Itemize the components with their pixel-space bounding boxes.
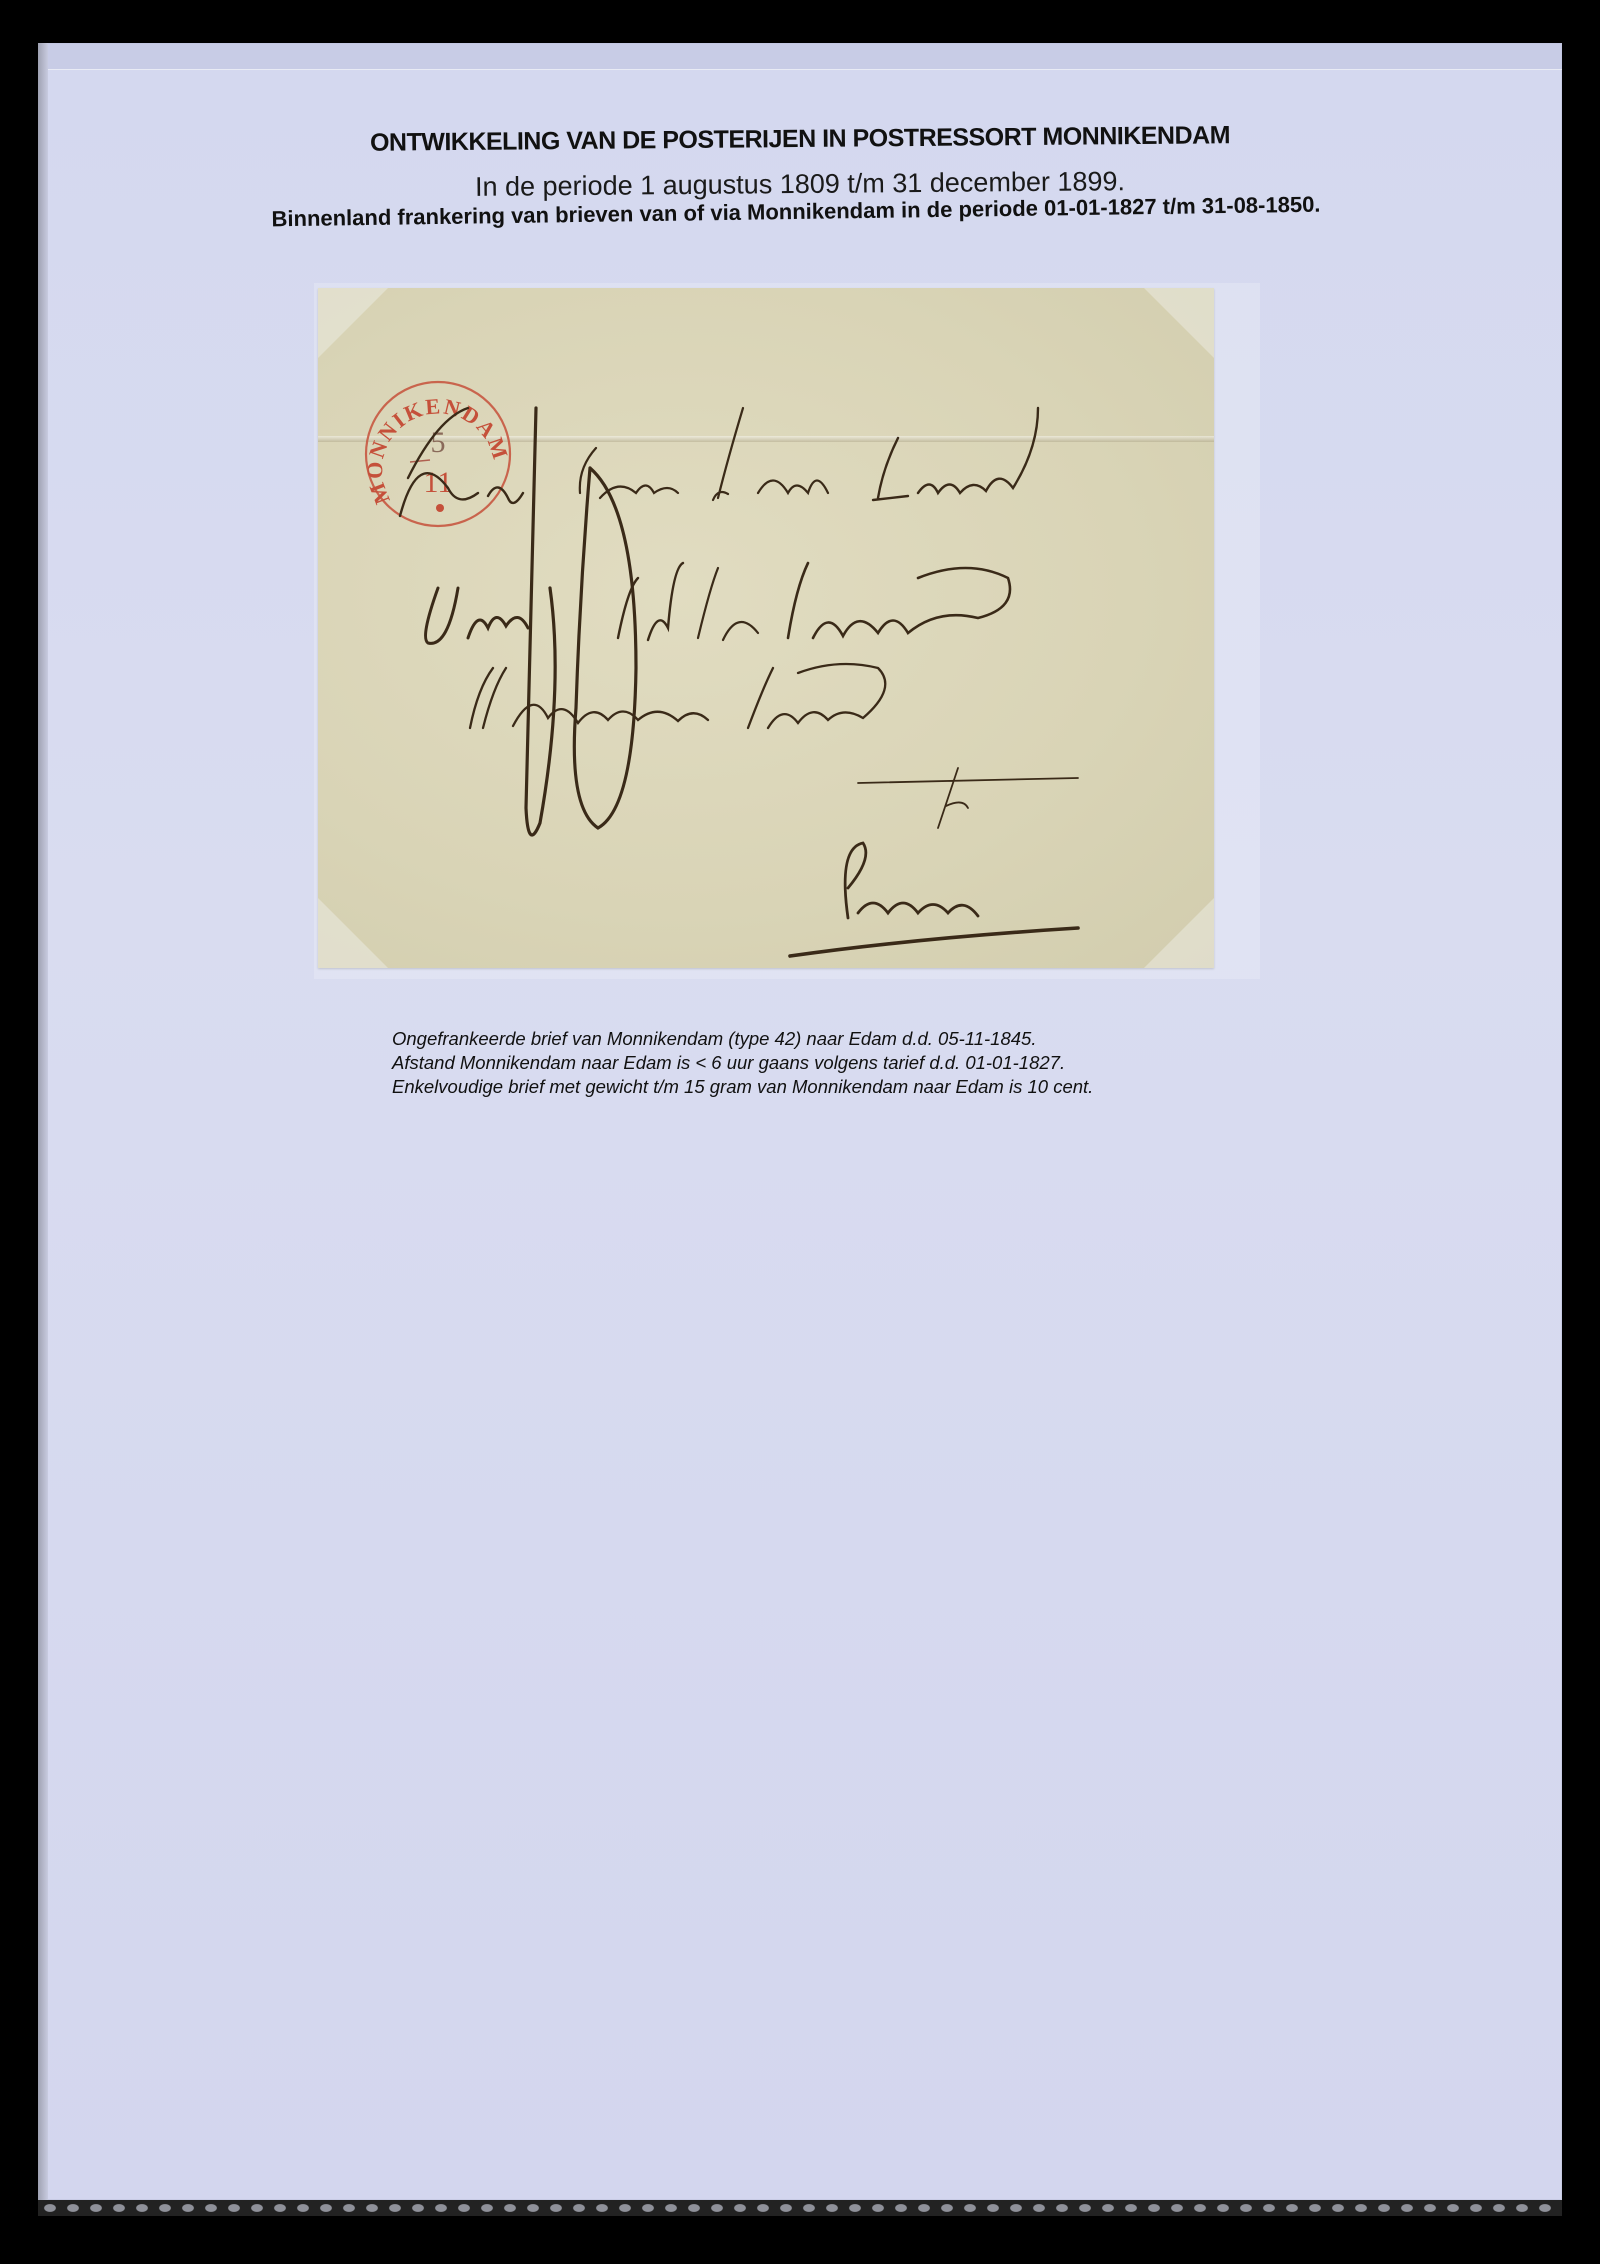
album-page: ONTWIKKELING VAN DE POSTERIJEN IN POSTRE… (38, 43, 1562, 2200)
postage-due-zero (574, 468, 636, 828)
letter-caption: Ongefrankeerde brief van Monnikendam (ty… (392, 1027, 1292, 1099)
sleeve-top-edge (38, 43, 1562, 70)
caption-line: Ongefrankeerde brief van Monnikendam (ty… (392, 1027, 1292, 1051)
folded-letter: MONNIKENDAM 5 11 (318, 288, 1214, 968)
caption-line: Enkelvoudige brief met gewicht t/m 15 gr… (392, 1075, 1292, 1099)
postage-due-one (526, 408, 555, 835)
page-title: ONTWIKKELING VAN DE POSTERIJEN IN POSTRE… (38, 118, 1562, 160)
handwritten-address (318, 288, 1214, 968)
album-binder-perforation (38, 2200, 1562, 2216)
sleeve-left-edge (38, 43, 48, 2200)
caption-line: Afstand Monnikendam naar Edam is < 6 uur… (392, 1051, 1292, 1075)
